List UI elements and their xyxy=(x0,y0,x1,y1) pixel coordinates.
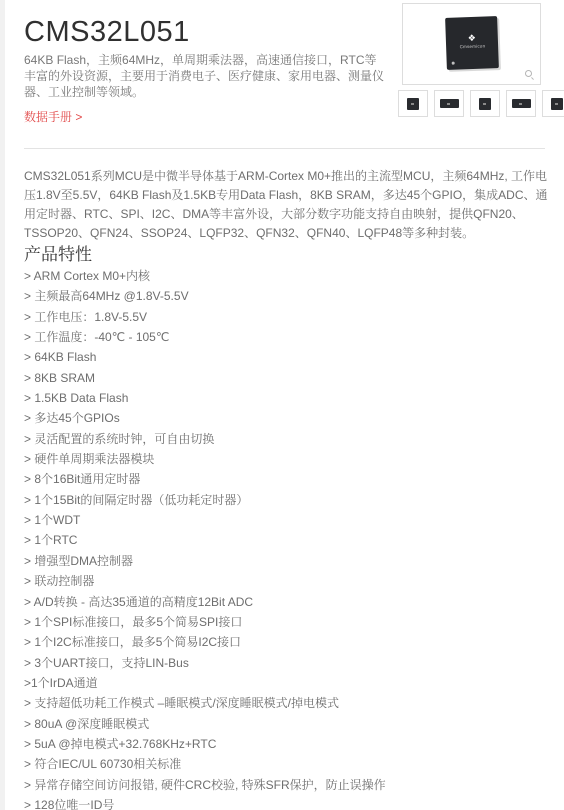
feature-item: > 1个WDT xyxy=(24,510,548,530)
feature-item: > 多达45个GPIOs xyxy=(24,408,548,428)
feature-item: > 8个16Bit通用定时器 xyxy=(24,469,548,489)
feature-item: > 工作电压：1.8V-5.5V xyxy=(24,307,548,327)
datasheet-link[interactable]: 数据手册 > xyxy=(24,108,82,125)
brand-logo-icon: ❖ xyxy=(467,33,475,42)
product-intro-paragraph: CMS32L051系列MCU是中微半导体基于ARM-Cortex M0+推出的主… xyxy=(24,167,548,243)
product-thumbnail[interactable] xyxy=(542,90,564,117)
feature-item: > 64KB Flash xyxy=(24,347,548,367)
thumbnail-row xyxy=(398,90,564,117)
feature-item: > 128位唯一ID号 xyxy=(24,795,548,810)
chip-thumbnail-image xyxy=(407,98,419,110)
product-description: 64KB Flash，主频64MHz，单周期乘法器，高速通信接口，RTC等丰富的… xyxy=(24,52,386,100)
chip-thumbnail-image xyxy=(440,99,459,108)
feature-item: > 主频最高64MHz @1.8V-5.5V xyxy=(24,286,548,306)
product-thumbnail[interactable] xyxy=(434,90,464,117)
pin1-dot xyxy=(451,62,454,65)
feature-item: > 增强型DMA控制器 xyxy=(24,551,548,571)
feature-item: > 1个RTC xyxy=(24,530,548,550)
feature-item: > 3个UART接口，支持LIN-Bus xyxy=(24,653,548,673)
feature-item: > 80uA @深度睡眠模式 xyxy=(24,714,548,734)
feature-item: > ARM Cortex M0+内核 xyxy=(24,266,548,286)
feature-item: > 支持超低功耗工作模式 –睡眠模式/深度睡眠模式/掉电模式 xyxy=(24,693,548,713)
feature-item: > 联动控制器 xyxy=(24,571,548,591)
feature-item: > 1个15Bit的间隔定时器（低功耗定时器） xyxy=(24,490,548,510)
feature-item: > 8KB SRAM xyxy=(24,368,548,388)
feature-item: > 异常存储空间访问报错, 硬件CRC校验, 特殊SFR保护，防止误操作 xyxy=(24,775,548,795)
feature-item: > 1个I2C标准接口，最多5个简易I2C接口 xyxy=(24,632,548,652)
feature-list: > ARM Cortex M0+内核> 主频最高64MHz @1.8V-5.5V… xyxy=(24,266,548,810)
section-divider xyxy=(24,148,545,149)
chip-thumbnail-image xyxy=(512,99,531,108)
page-title: CMS32L051 xyxy=(24,16,190,49)
feature-item: > 5uA @掉电模式+32.768KHz+RTC xyxy=(24,734,548,754)
product-thumbnail[interactable] xyxy=(506,90,536,117)
chip-thumbnail-image xyxy=(551,98,563,110)
product-image-box[interactable]: ❖ Cmsemicon xyxy=(402,3,541,85)
chip-thumbnail-image xyxy=(479,98,491,110)
page-left-margin xyxy=(0,0,5,810)
feature-item: > 1.5KB Data Flash xyxy=(24,388,548,408)
feature-item: > 工作温度：-40℃ - 105℃ xyxy=(24,327,548,347)
feature-item: > 灵活配置的系统时钟，可自由切换 xyxy=(24,429,548,449)
brand-name: Cmsemicon xyxy=(459,43,485,49)
feature-item: > 符合IEC/UL 60730相关标准 xyxy=(24,754,548,774)
feature-item: >1个IrDA通道 xyxy=(24,673,548,693)
feature-item: > A/D转换 - 高达35通道的高精度12Bit ADC xyxy=(24,592,548,612)
magnifier-icon[interactable] xyxy=(525,70,534,79)
chip-image: ❖ Cmsemicon xyxy=(445,16,499,70)
feature-item: > 硬件单周期乘法器模块 xyxy=(24,449,548,469)
product-thumbnail[interactable] xyxy=(398,90,428,117)
product-thumbnail[interactable] xyxy=(470,90,500,117)
feature-item: > 1个SPI标准接口，最多5个简易SPI接口 xyxy=(24,612,548,632)
features-heading: 产品特性 xyxy=(24,240,92,265)
